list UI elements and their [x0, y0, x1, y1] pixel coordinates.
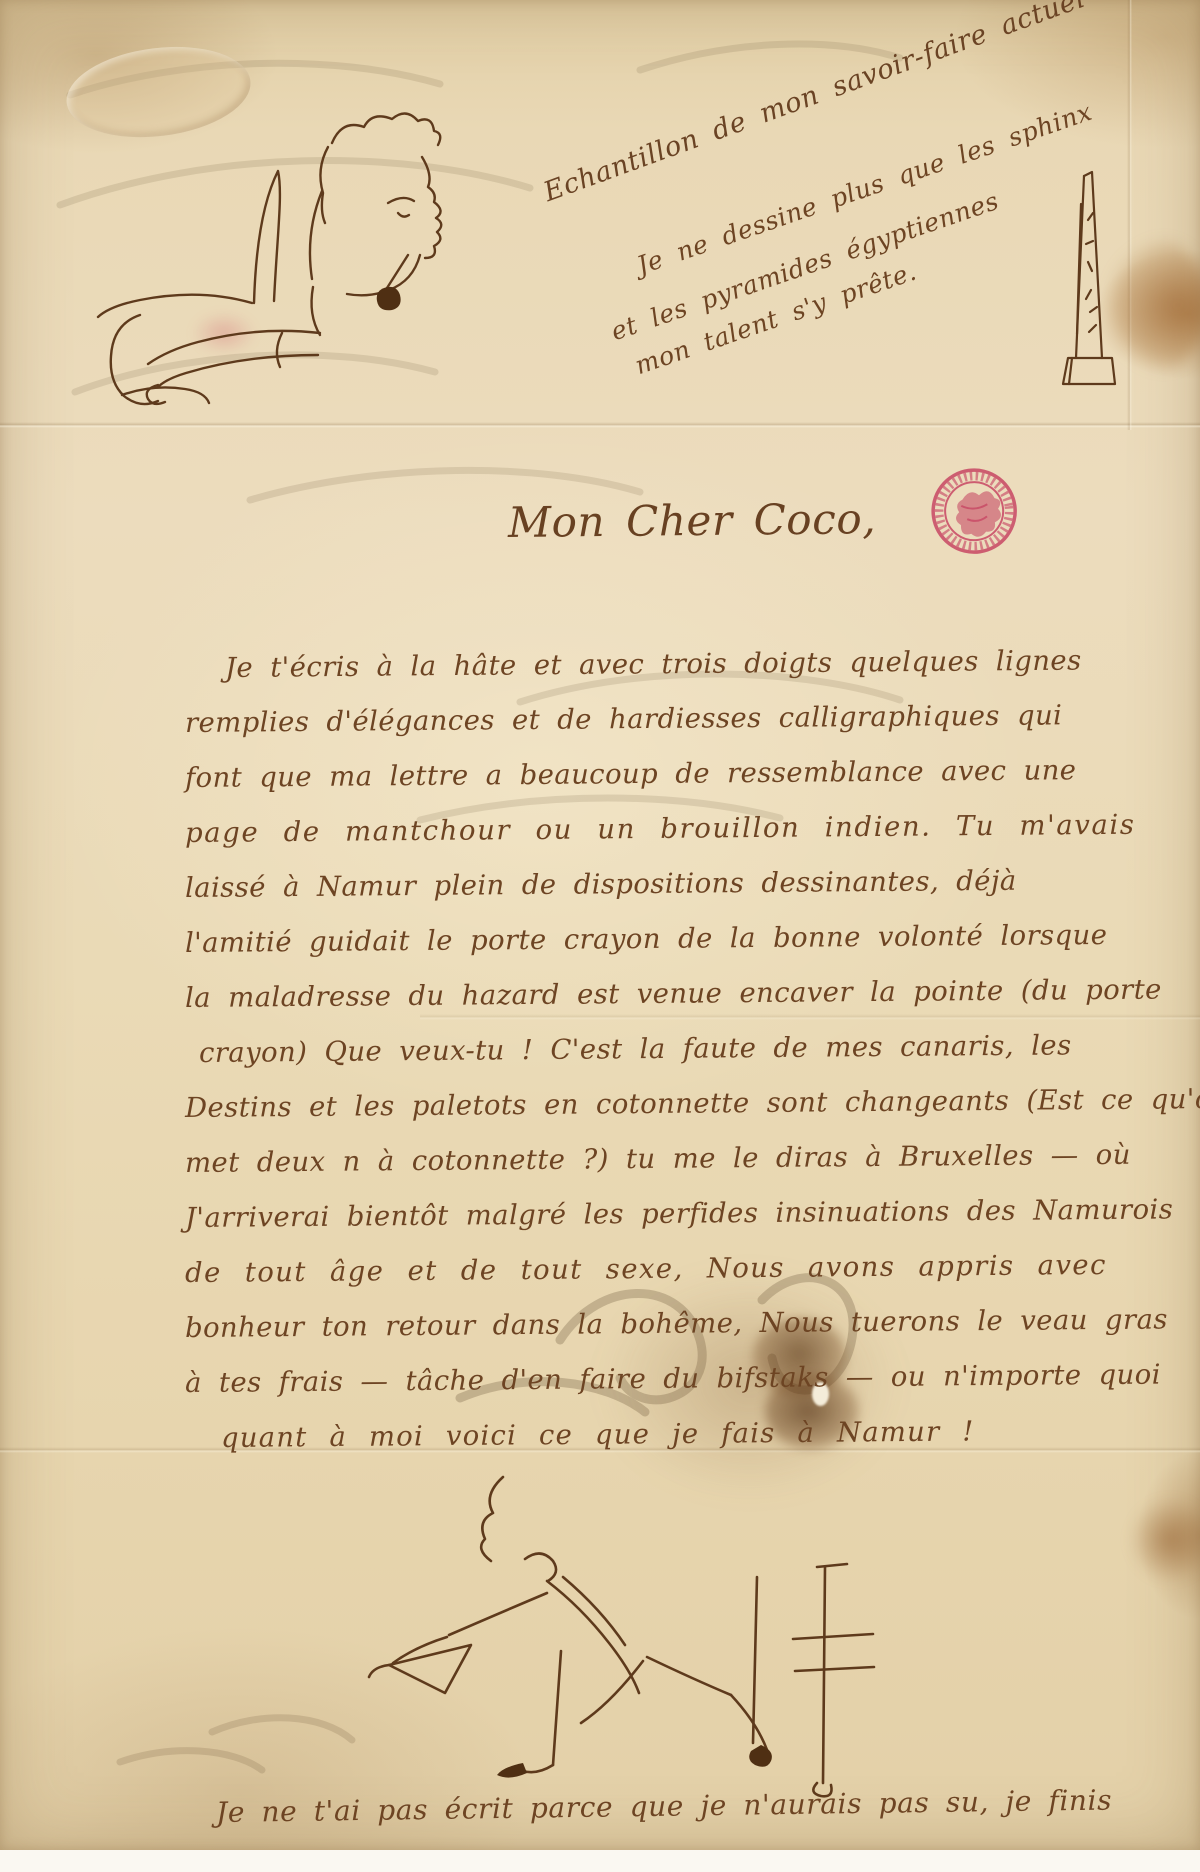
sphinx-sketch [70, 95, 470, 367]
letter-page: Echantillon de mon savoir-faire actuel J… [0, 0, 1200, 1850]
obelisk-sketch [1048, 162, 1128, 402]
body-line: Destins et les paletots en cotonnette so… [185, 1071, 1200, 1135]
body-line: page de mantchour ou un brouillon indien… [185, 796, 1200, 860]
scan-background-strip [0, 1850, 1200, 1872]
body-line: quant à moi voici ce que je fais à Namur… [221, 1401, 1200, 1465]
body-line: de tout âge et de tout sexe, Nous avons … [185, 1236, 1200, 1300]
body-line: l'amitié guidait le porte crayon de la b… [185, 906, 1200, 970]
body-line: laissé à Namur plein de dispositions des… [185, 851, 1200, 915]
body-line: J'arriverai bientôt malgré les perfides … [185, 1181, 1200, 1245]
body-line: font que ma lettre a beaucoup de ressemb… [185, 741, 1200, 805]
body-line: la maladresse du hazard est venue encave… [185, 961, 1200, 1025]
figure-sketch [325, 1465, 905, 1815]
body-line: Je t'écris à la hâte et avec trois doigt… [225, 631, 1200, 695]
salutation: Mon Cher Coco, [508, 494, 877, 547]
collection-stamp-icon [920, 454, 1031, 567]
body-line: à tes frais — tâche d'en faire du bifsta… [185, 1346, 1200, 1410]
body-line: crayon) Que veux-tu ! C'est la faute de … [199, 1016, 1200, 1080]
body-line: remplies d'élégances et de hardiesses ca… [185, 686, 1200, 750]
letter-body: Je t'écris à la hâte et avec trois doigt… [185, 640, 1200, 1465]
letter-scan: Echantillon de mon savoir-faire actuel J… [0, 0, 1200, 1872]
body-line: bonheur ton retour dans la bohême, Nous … [185, 1291, 1200, 1355]
body-line: met deux n à cotonnette ?) tu me le dira… [185, 1126, 1200, 1190]
